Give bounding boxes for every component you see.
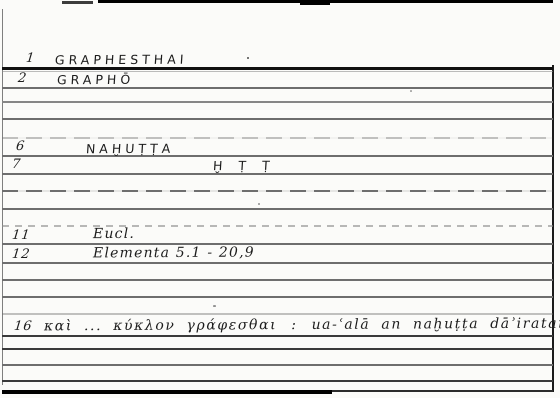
entry-line16: καὶ ... κύκλον γράφεσθαι : ua-ʿalā an na… — [44, 316, 560, 335]
line-number-7: 7 — [11, 157, 22, 172]
entry-eucl: Eucl. — [93, 226, 135, 242]
entry-line16-greek: καὶ ... κύκλον γράφεσθαι — [44, 317, 277, 334]
ruled-line — [2, 364, 553, 366]
ruled-line — [2, 67, 553, 70]
scan-speck — [410, 90, 412, 92]
ruled-line — [2, 335, 553, 337]
ruled-line — [2, 279, 553, 281]
line-number-12: 12 — [11, 247, 31, 262]
ruled-line — [2, 118, 553, 120]
line-number-16: 16 — [13, 319, 33, 334]
ruled-line — [2, 137, 553, 139]
entry-line16-arabic: ua-ʿalā an naḫuṭṭa dāʾiratan — [312, 316, 560, 333]
ruled-line — [2, 208, 553, 210]
scan-speck — [258, 203, 260, 205]
line-number-6: 6 — [15, 139, 26, 154]
entry-line16-separator: : — [289, 317, 299, 333]
bottom-border-left-segment — [2, 390, 332, 394]
line-number-11: 11 — [11, 228, 31, 243]
top-border-left-segment — [62, 1, 93, 4]
top-border-blob — [300, 0, 330, 5]
scan-speck — [247, 57, 249, 59]
entry-graphesthai: GRAPHESTHAI — [54, 52, 187, 68]
ruled-line — [2, 87, 553, 89]
ruled-line — [2, 348, 553, 350]
ruled-line — [2, 173, 553, 175]
ruled-line — [2, 225, 553, 227]
ruled-line — [2, 296, 553, 298]
left-border — [2, 9, 3, 385]
line-number-2: 2 — [17, 71, 28, 86]
scan-speck — [213, 305, 216, 307]
entry-elementa-ref: Elementa 5.1 - 20,9 — [93, 245, 255, 262]
entry-nahutta: NAḪUṬṬA — [85, 141, 174, 156]
scanned-notebook-page: 1 2 6 7 11 12 16 GRAPHESTHAI GRAPHŌ NAḪU… — [0, 0, 560, 398]
ruled-line — [2, 190, 553, 192]
ruled-line — [2, 262, 553, 264]
entry-htt-root: Ḫ Ṭ Ṭ — [213, 158, 275, 173]
ruled-line — [2, 243, 553, 245]
entry-grapho: GRAPHŌ — [57, 72, 135, 87]
line-number-1: 1 — [25, 51, 36, 66]
ruled-line — [2, 313, 553, 315]
bottom-border-right-segment — [332, 390, 553, 392]
ruled-line — [2, 380, 553, 382]
right-border — [552, 65, 554, 392]
ruled-line — [2, 101, 553, 103]
